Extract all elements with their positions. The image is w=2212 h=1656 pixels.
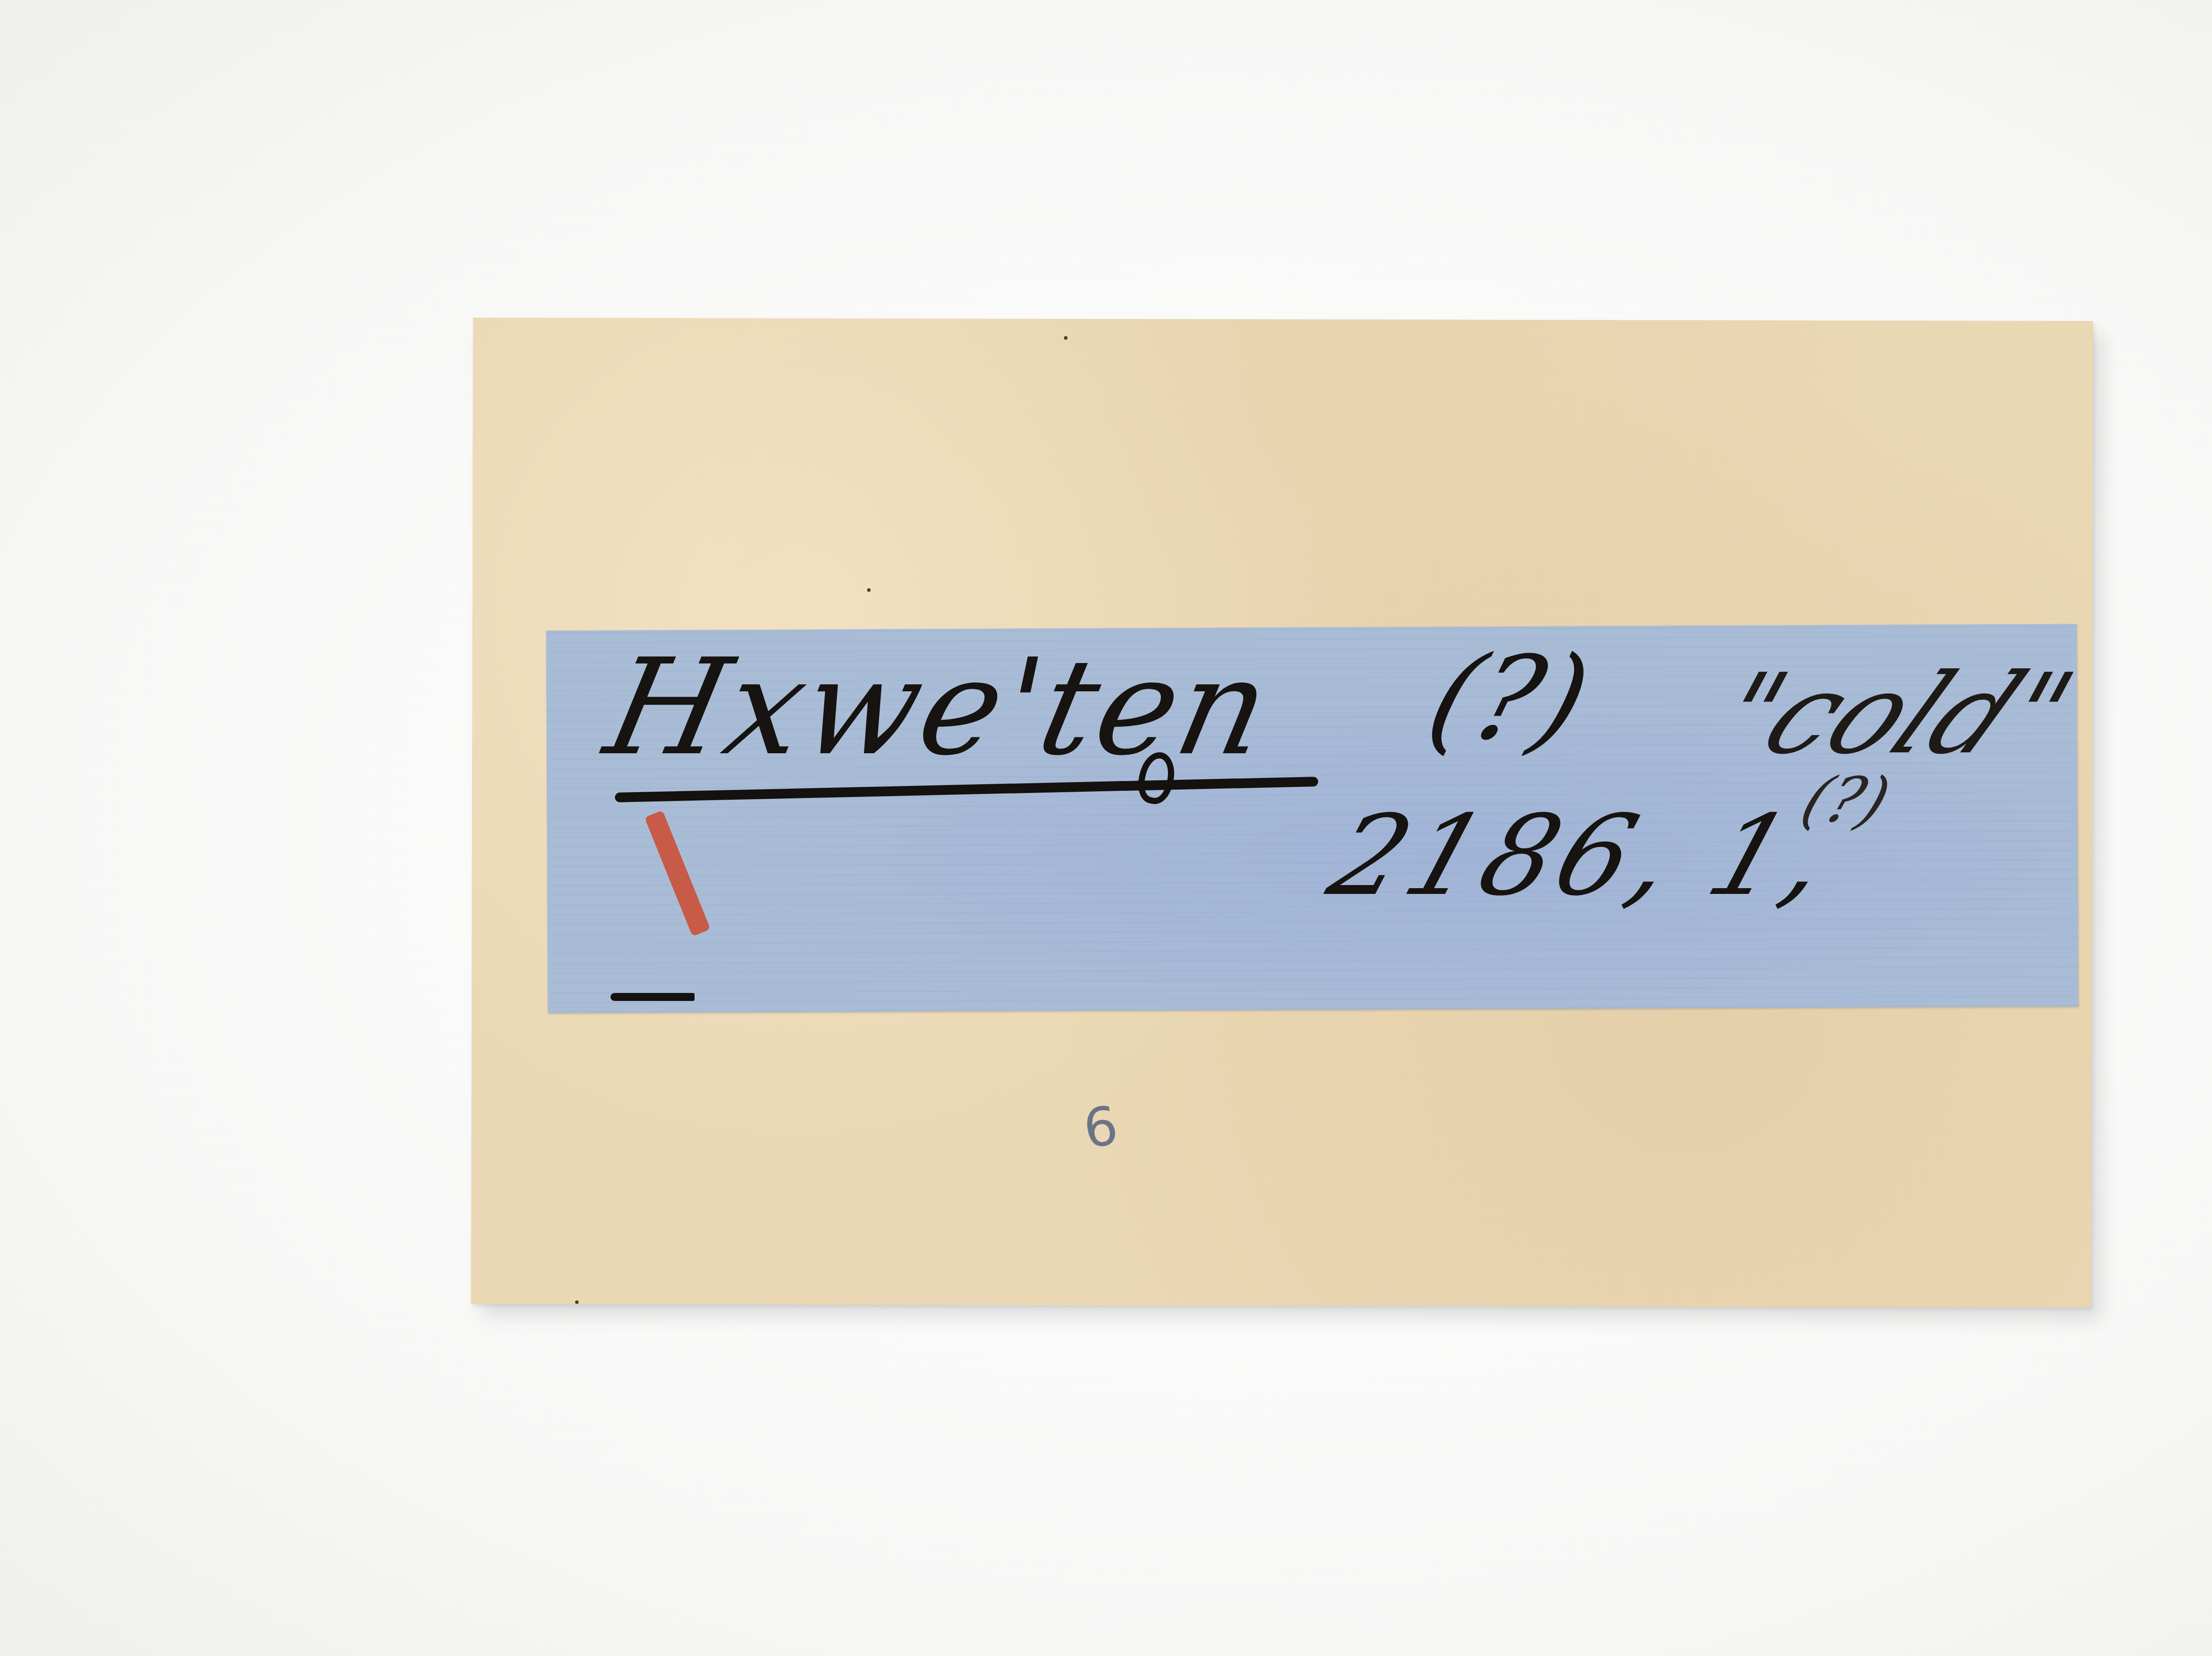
reference-number: 2186, 1, — [1318, 801, 1847, 911]
gloss-text: "cold" — [1696, 659, 2091, 770]
ink-stroke-bottom-left — [611, 993, 695, 1001]
headword-text: Hxwe'ten — [596, 641, 1283, 774]
paper-speck — [575, 1300, 579, 1304]
paper-speck — [1064, 336, 1068, 340]
paper-speck — [867, 588, 871, 592]
